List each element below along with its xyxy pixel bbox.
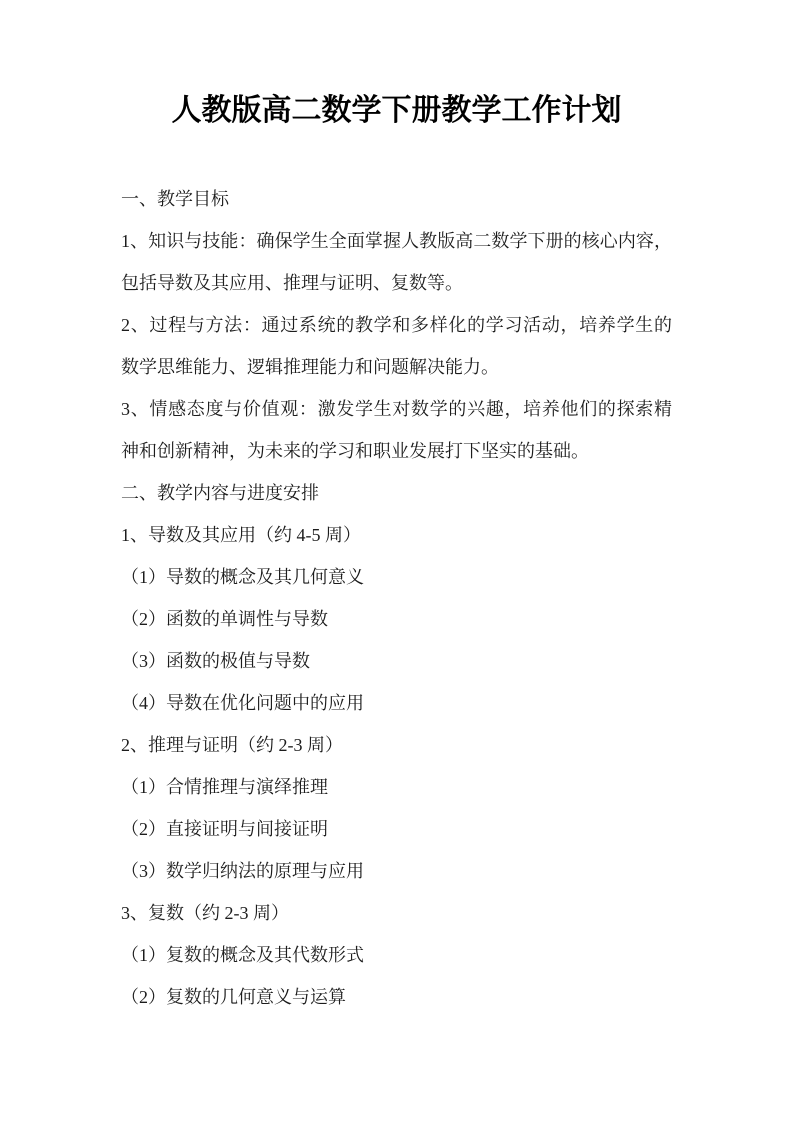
text-line: 神和创新精神，为未来的学习和职业发展打下坚实的基础。 [121,430,672,472]
document-content: 人教版高二数学下册教学工作计划 一、教学目标1、知识与技能：确保学生全面掌握人教… [0,0,793,1018]
text-line: 1、导数及其应用（约 4-5 周） [121,514,672,556]
document-title: 人教版高二数学下册教学工作计划 [121,0,672,131]
text-line: 2、推理与证明（约 2-3 周） [121,724,672,766]
text-line: （3）数学归纳法的原理与应用 [121,850,672,892]
text-line: （3）函数的极值与导数 [121,640,672,682]
text-line: （2）直接证明与间接证明 [121,808,672,850]
text-line: （2）函数的单调性与导数 [121,598,672,640]
text-line: （1）合情推理与演绎推理 [121,766,672,808]
text-line: （2）复数的几何意义与运算 [121,976,672,1018]
document-body: 一、教学目标1、知识与技能：确保学生全面掌握人教版高二数学下册的核心内容，包括导… [121,178,672,1018]
text-line: 二、教学内容与进度安排 [121,472,672,514]
text-line: 一、教学目标 [121,178,672,220]
text-line: 包括导数及其应用、推理与证明、复数等。 [121,262,672,304]
text-line: 1、知识与技能：确保学生全面掌握人教版高二数学下册的核心内容， [121,220,672,262]
text-line: （1）导数的概念及其几何意义 [121,556,672,598]
text-line: 数学思维能力、逻辑推理能力和问题解决能力。 [121,346,672,388]
text-line: 3、情感态度与价值观：激发学生对数学的兴趣，培养他们的探索精 [121,388,672,430]
text-line: （4）导数在优化问题中的应用 [121,682,672,724]
text-line: 3、复数（约 2-3 周） [121,892,672,934]
document-page: 人教版高二数学下册教学工作计划 一、教学目标1、知识与技能：确保学生全面掌握人教… [0,0,793,1122]
text-line: 2、过程与方法：通过系统的教学和多样化的学习活动，培养学生的 [121,304,672,346]
text-line: （1）复数的概念及其代数形式 [121,934,672,976]
